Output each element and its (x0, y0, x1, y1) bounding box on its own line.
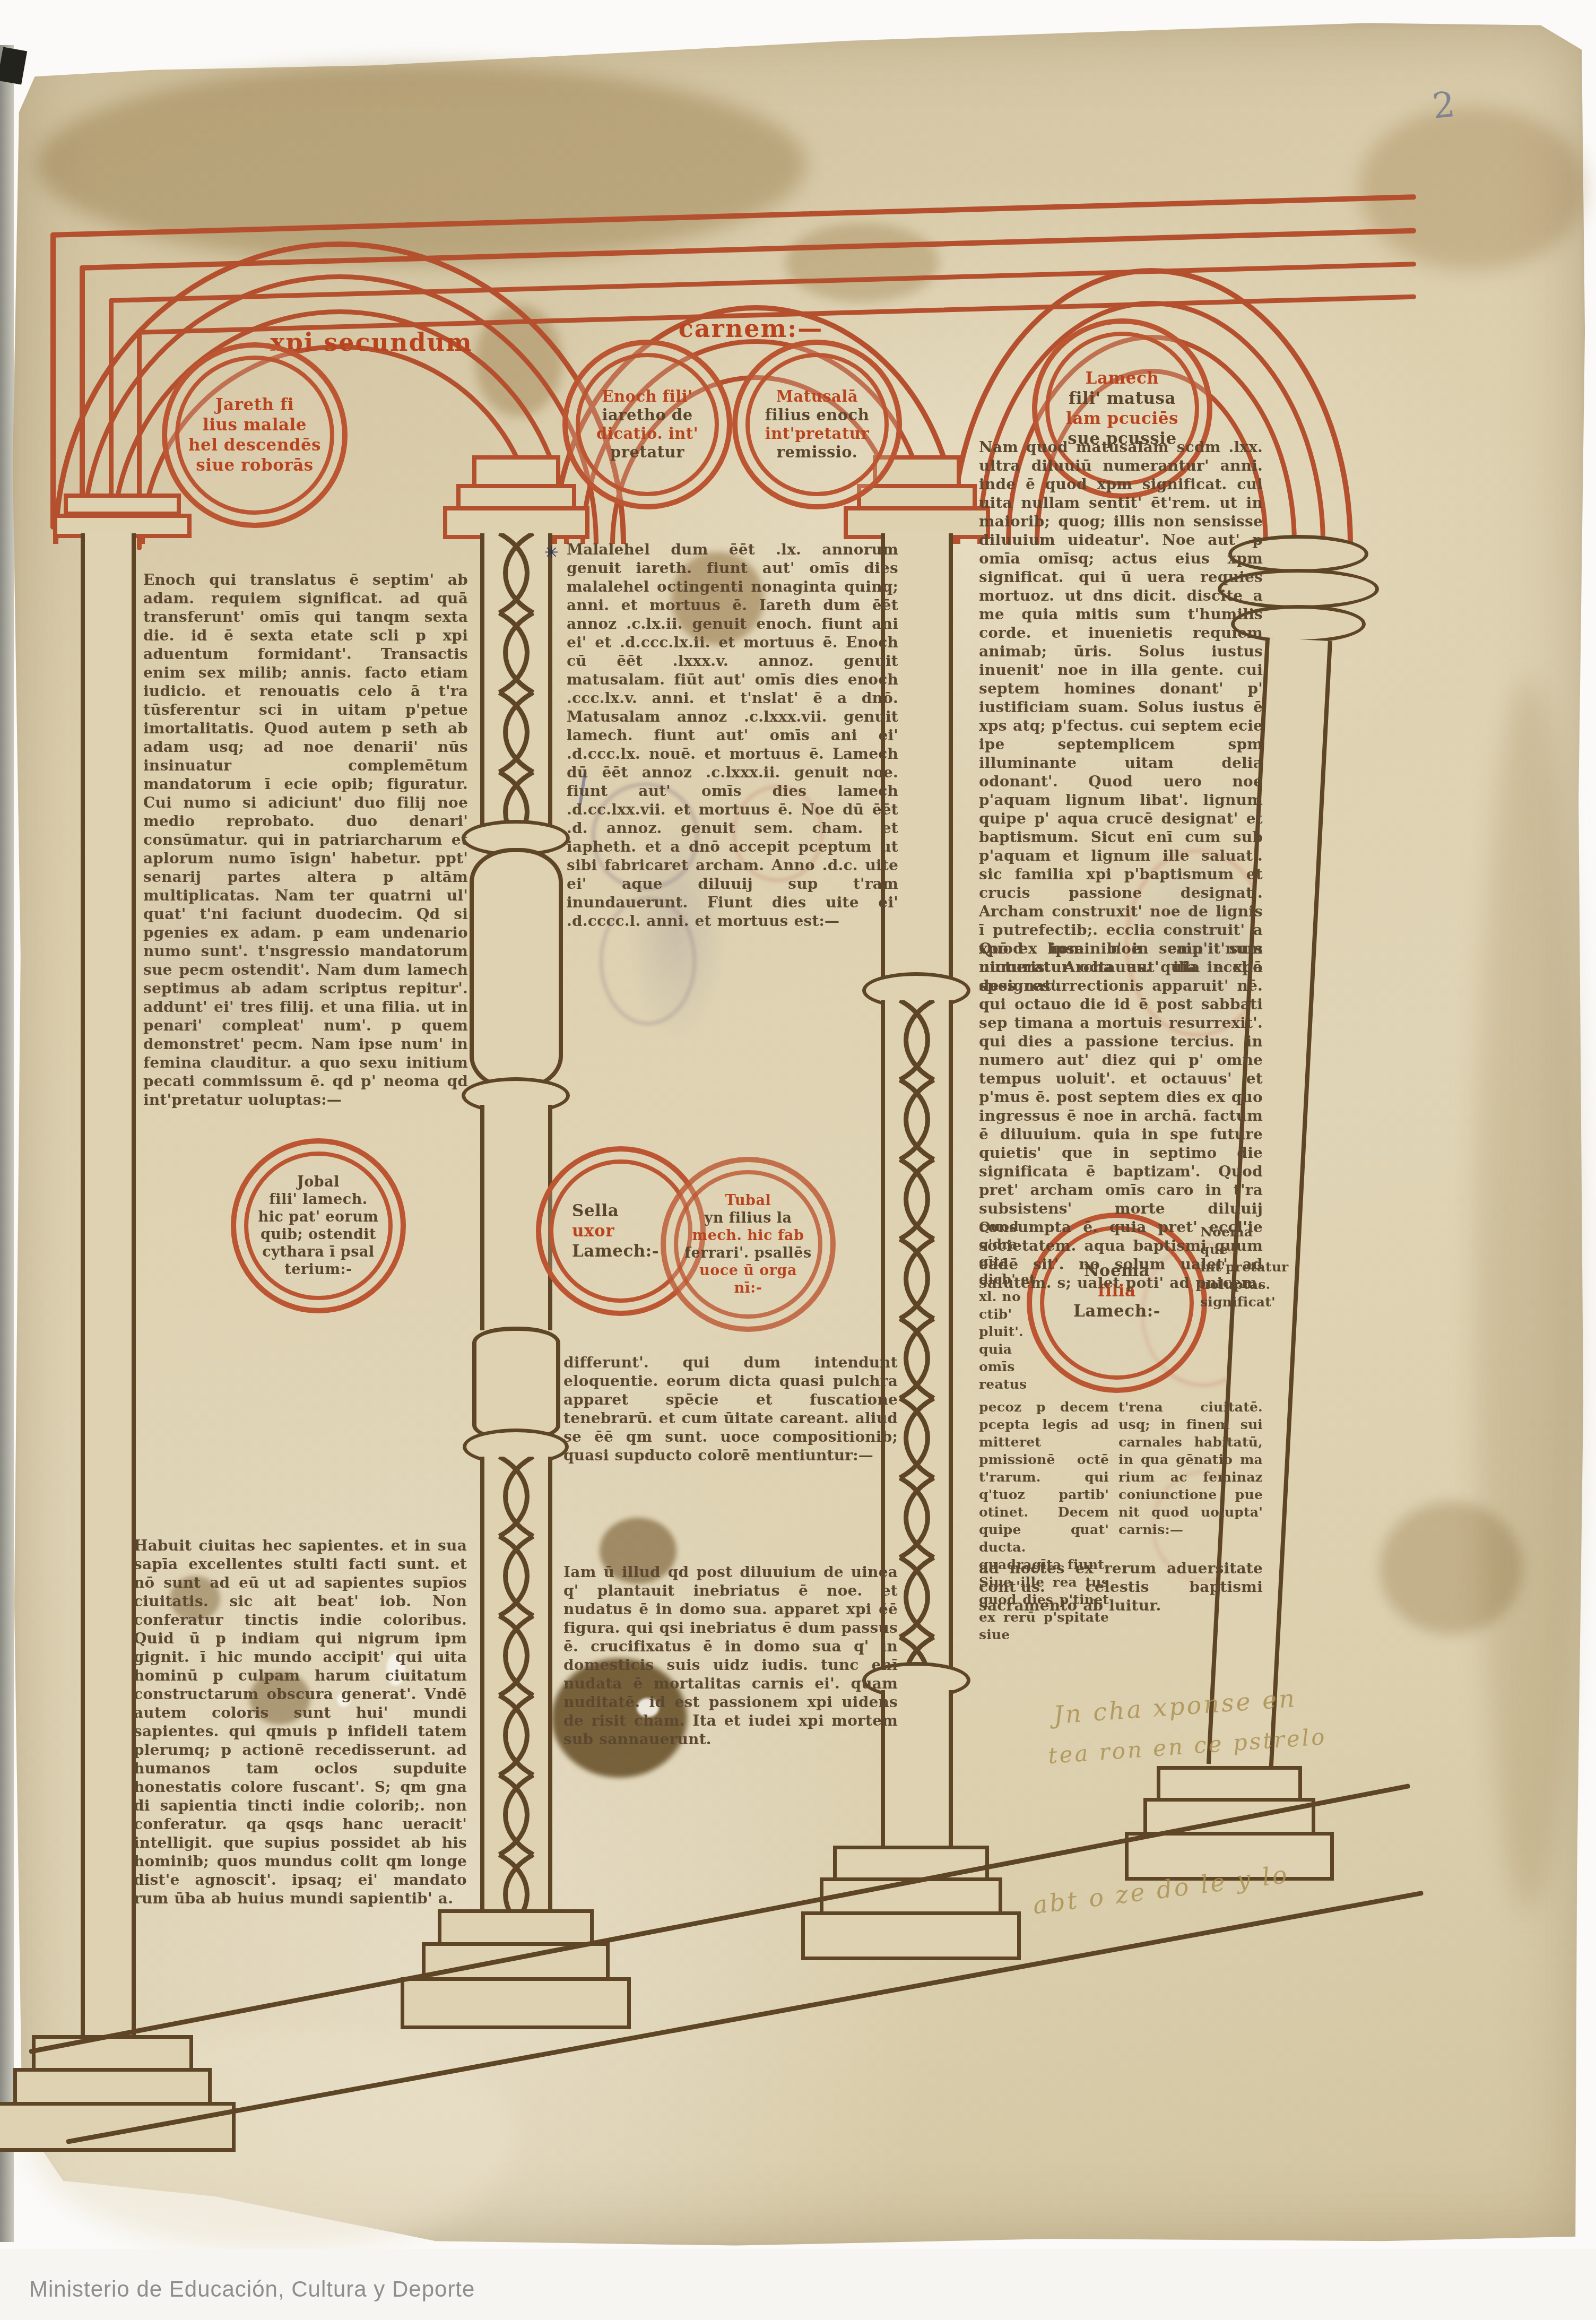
pillar-1-twisted-upper (480, 533, 552, 828)
roundel-tubal-line: yn filius la (704, 1209, 792, 1227)
roundel-sella-line: Lamech:- (572, 1241, 659, 1261)
binding-edge (0, 45, 14, 2242)
roundel-lamech-line: fili' matusa (1069, 388, 1176, 409)
column2-paragraph-differunt: differunt'. qui dum intendunt eloquentie… (563, 1353, 898, 1544)
roundel-jobal-line: fili' lamech. (269, 1191, 368, 1208)
arch-middle-title: carnem:— (602, 314, 899, 343)
column3-noema-below-roundel: t'rena ciuitatē. usq; in finem sui carna… (1118, 1398, 1263, 1557)
column3-quadraginta-beside-roundel: Quod q'dra gīta dieb' et xl. no ctib' pl… (979, 1218, 1036, 1393)
roundel-enoch: Enoch fili' iaretho de dicatio. int' pre… (562, 340, 732, 509)
column3-noema-beside-roundel: Noema que int'pretatur uoluptas. signifi… (1200, 1223, 1263, 1398)
column1-paragraph-sapientes: Habuit ciuitas hec sapientes. et in sua … (134, 1536, 467, 1987)
pillar-2-base (801, 1911, 1021, 1960)
pillar-1-twisted-lower (480, 1457, 552, 1910)
pillar-1-bulge (472, 1327, 560, 1441)
roundel-noema-line: Lamech:- (1073, 1301, 1160, 1321)
column2-paragraph-vinea: Iam ū illud qd post diluuium de uinea q'… (563, 1563, 898, 1839)
frame-line-vertical (50, 232, 56, 530)
roundel-enoch-line: Enoch fili' (602, 387, 692, 406)
roundel-tubal-line: ferrari'. psallēs (684, 1244, 811, 1262)
roundel-enoch-line: dicatio. int' (596, 425, 698, 443)
roundel-enoch-line: pretatur (610, 443, 684, 462)
roundel-jobal-line: terium:- (284, 1261, 352, 1278)
roundel-jobal-line: hic pat' eorum (258, 1208, 379, 1226)
roundel-tubal-line: uoce ū orga (699, 1262, 797, 1279)
roundel-jobal-line: Jobal (297, 1173, 340, 1191)
roundel-matusala-line: filius enoch (765, 406, 870, 425)
roundel-jareth-line: Jareth fi (215, 395, 294, 415)
roundel-matusala: Matusalā filius enoch int'pretatur remis… (732, 340, 902, 509)
roundel-jareth-line: lius malale (203, 415, 307, 435)
roundel-jareth: Jareth fi lius malale hel descendēs siue… (162, 342, 348, 528)
roundel-enoch-line: iaretho de (602, 406, 692, 425)
roundel-jobal-line: quib; ostendit (261, 1226, 376, 1243)
roundel-matusala-line: int'pretatur (765, 425, 869, 443)
roundel-sella-line: Sella (572, 1201, 619, 1221)
roundel-jobal: Jobal fili' lamech. hic pat' eorum quib;… (231, 1138, 406, 1313)
roundel-tubal: Tubal yn filius la mech. hic fab ferrari… (661, 1157, 836, 1332)
roundel-lamech-line: Lamech (1086, 368, 1159, 388)
roundel-lamech-line: lam pcuciēs (1066, 409, 1178, 429)
roundel-tubal-line: mech. hic fab (692, 1227, 804, 1244)
roundel-jobal-line: cythara ī psal (262, 1243, 374, 1261)
column3-quadraginta-below-roundel: pecoz p decem pcepta legis ad mitteret p… (979, 1398, 1109, 1573)
roundel-jareth-line: siue roborās (196, 455, 314, 475)
pillar-1-bulge (470, 848, 563, 1090)
roundel-matusala-line: Matusalā (776, 387, 858, 406)
scan-footer-bar: Ministerio de Educación, Cultura y Depor… (0, 2249, 1596, 2320)
margin-star-mark: ✳ (544, 542, 559, 562)
pillar-left-base (0, 2102, 236, 2152)
roundel-jareth-line: hel descendēs (188, 435, 321, 455)
pillar-left-shaft (81, 533, 136, 2038)
roundel-tubal-line: nī:- (734, 1279, 762, 1297)
column3-paragraph-octavus: Quod ipse noe cain suis numeratur octauu… (979, 939, 1263, 1205)
watermark-text: Ministerio de Educación, Cultura y Depor… (29, 2276, 475, 2302)
column3-paragraph-matusalam: Nam quod matusalam scdm .lxx. ultra dilu… (979, 438, 1263, 921)
column1-paragraph-enoch: Enoch qui translatus ē septim' ab adam. … (143, 570, 468, 1112)
roundel-matusala-line: remissio. (777, 443, 858, 462)
column3-closing-lines: ad noctes ex rerum aduersitate cont'us. … (979, 1559, 1263, 1623)
folio-number: 2 (1430, 84, 1457, 127)
binding-shadow-wedge (0, 47, 27, 84)
capital-left (64, 494, 181, 516)
roundel-sella-line: uxor (572, 1221, 614, 1241)
roundel-tubal-line: Tubal (725, 1192, 771, 1209)
column2-paragraph-genealogy: Malalehel dum ēēt .lx. annorum genuit ia… (567, 540, 898, 890)
